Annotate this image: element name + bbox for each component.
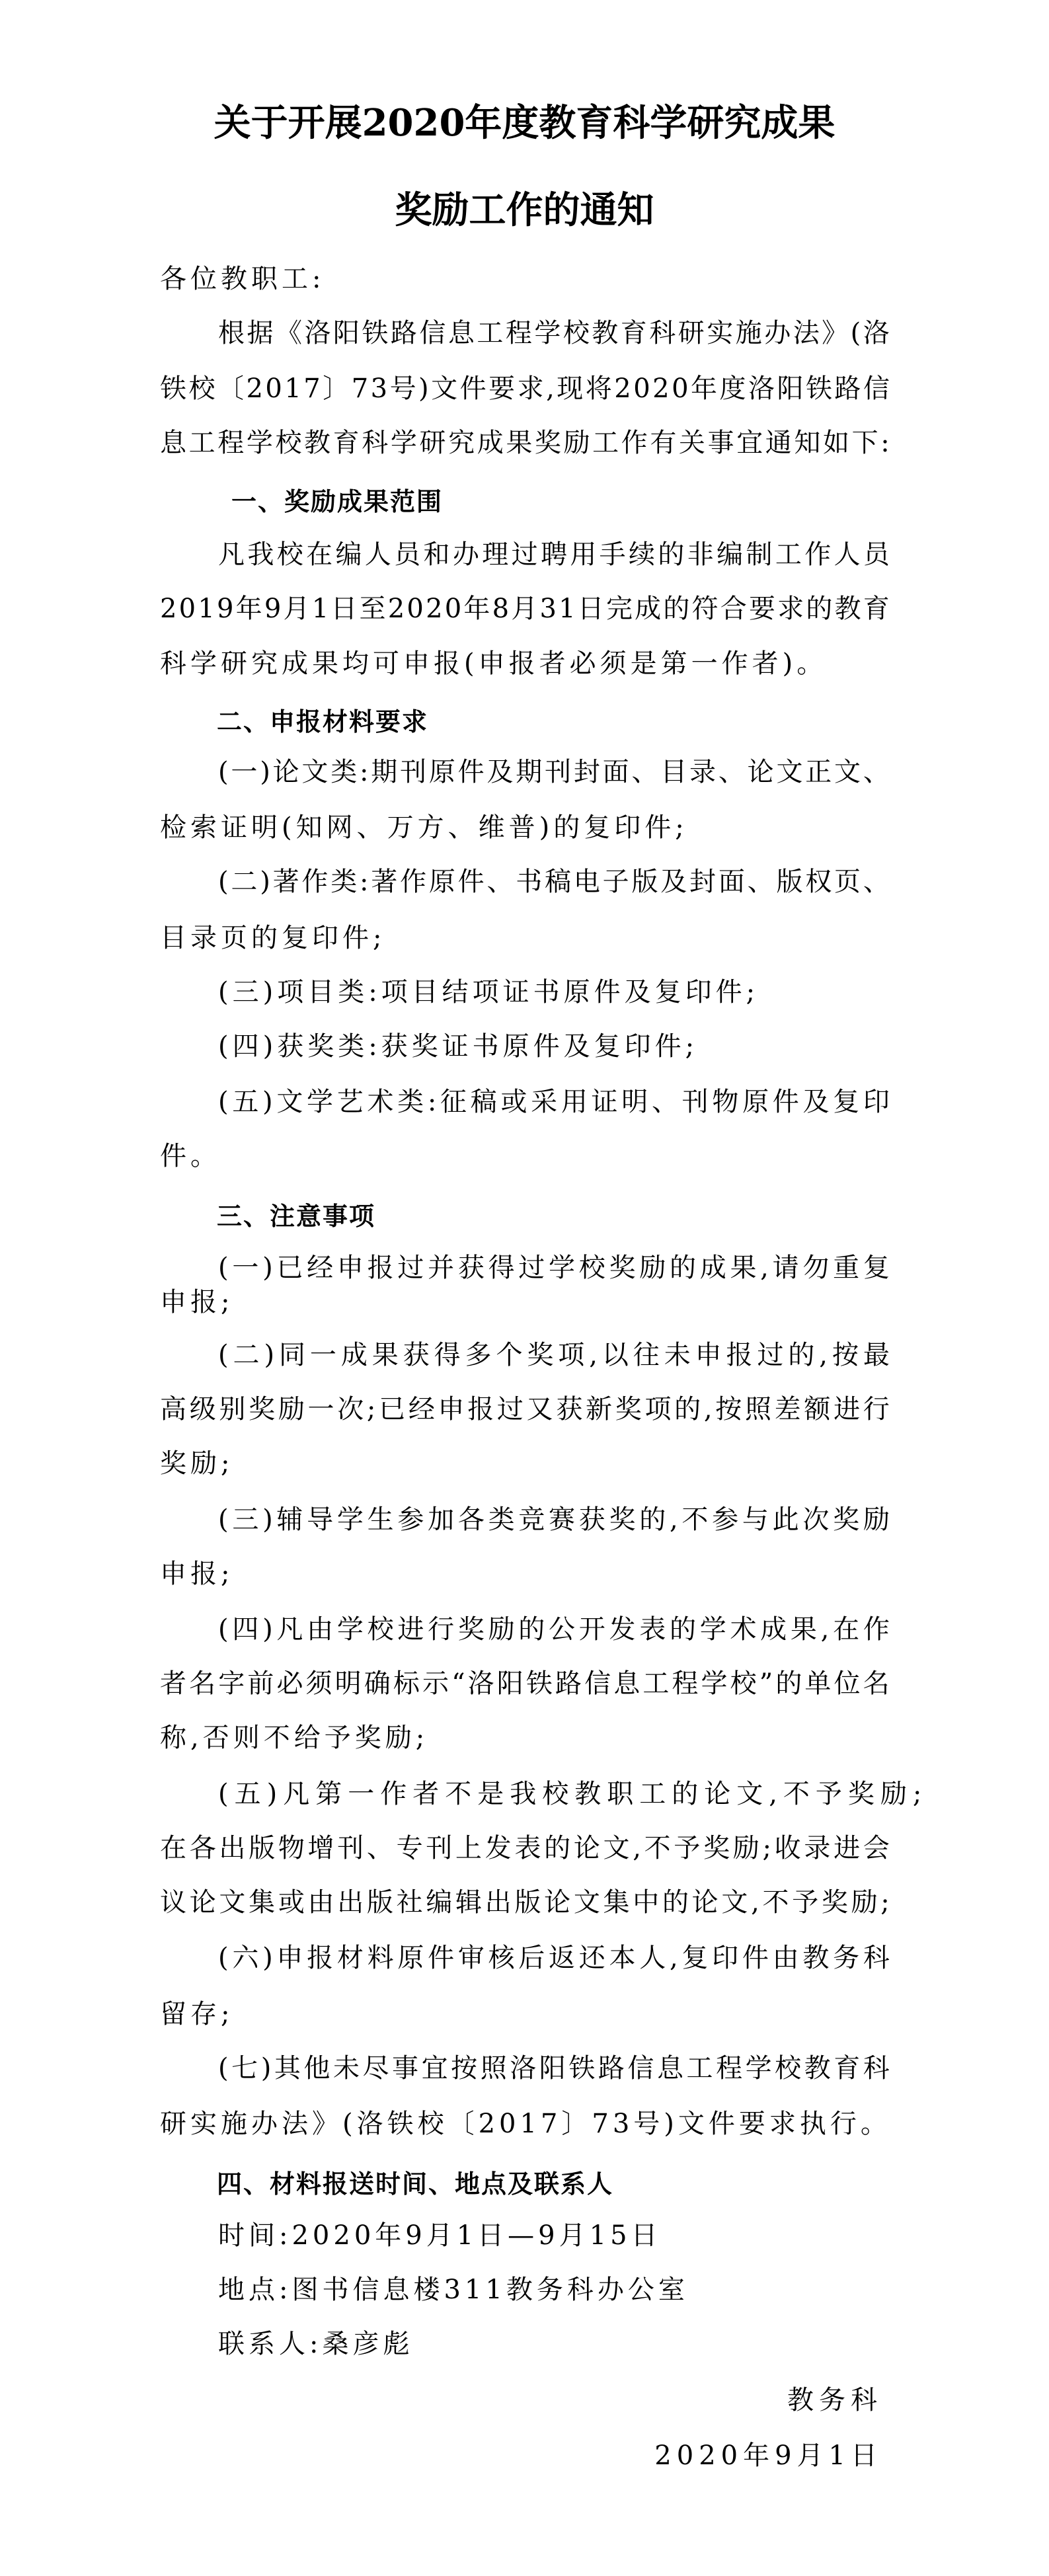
section-2-line: (一)论文类:期刊原件及期刊封面、目录、论文正文、 <box>218 756 890 788</box>
section-1-line: 2019年9月1日至2020年8月31日完成的符合要求的教育 <box>160 593 890 625</box>
section-3-line: 申报; <box>160 1558 233 1590</box>
section-2-line: (五)文学艺术类:征稿或采用证明、刊物原件及复印 <box>218 1086 890 1118</box>
section-heading-2: 二、申报材料要求 <box>217 706 428 738</box>
section-3-line: (七)其他未尽事宜按照洛阳铁路信息工程学校教育科 <box>218 2052 890 2084</box>
document-title-line-1: 关于开展2020年度教育科学研究成果 <box>0 102 1049 144</box>
section-1-line: 科学研究成果均可申报(申报者必须是第一作者)。 <box>160 648 827 680</box>
submission-location: 地点:图书信息楼311教务科办公室 <box>218 2274 689 2306</box>
section-3-line: (二)同一成果获得多个奖项,以往未申报过的,按最 <box>218 1339 890 1371</box>
section-3-line: 研实施办法》(洛铁校〔2017〕73号)文件要求执行。 <box>160 2108 891 2140</box>
section-3-line: 高级别奖励一次;已经申报过又获新奖项的,按照差额进行 <box>160 1393 890 1425</box>
section-3-line: 议论文集或由出版社编辑出版论文集中的论文,不予奖励; <box>160 1887 890 1918</box>
section-3-line: (四)凡由学校进行奖励的公开发表的学术成果,在作 <box>218 1614 890 1645</box>
intro-line: 息工程学校教育科学研究成果奖励工作有关事宜通知如下: <box>160 427 890 459</box>
signature-department: 教务科 <box>787 2384 882 2416</box>
document-title-line-2: 奖励工作的通知 <box>0 189 1049 231</box>
signature-date: 2020年9月1日 <box>654 2440 882 2472</box>
notice-document: 关于开展2020年度教育科学研究成果 奖励工作的通知 各位教职工: 根据《洛阳铁… <box>0 0 1049 2576</box>
section-heading-4: 四、材料报送时间、地点及联系人 <box>217 2168 613 2200</box>
section-3-line: 奖励; <box>160 1448 233 1479</box>
section-3-line: (六)申报材料原件审核后返还本人,复印件由教务科 <box>218 1942 890 1974</box>
section-3-line: 称,否则不给予奖励; <box>160 1722 428 1754</box>
section-3-line: 在各出版物增刊、专刊上发表的论文,不予奖励;收录进会 <box>160 1832 890 1864</box>
section-2-line: (四)获奖类:获奖证书原件及复印件; <box>218 1031 698 1062</box>
submission-time: 时间:2020年9月1日—9月15日 <box>218 2220 662 2251</box>
section-2-line: 检索证明(知网、万方、维普)的复印件; <box>160 812 688 843</box>
contact-person: 联系人:桑彦彪 <box>218 2328 413 2360</box>
section-1-line: 凡我校在编人员和办理过聘用手续的非编制工作人员 <box>218 539 890 570</box>
section-3-line: (一)已经申报过并获得过学校奖励的成果,请勿重复 <box>218 1252 890 1284</box>
salutation: 各位教职工: <box>160 263 325 295</box>
section-3-line: (三)辅导学生参加各类竞赛获奖的,不参与此次奖励 <box>218 1504 890 1536</box>
section-2-line: 件。 <box>160 1140 221 1172</box>
section-heading-3: 三、注意事项 <box>217 1200 375 1232</box>
section-heading-1: 一、奖励成果范围 <box>231 486 443 518</box>
intro-line: 根据《洛阳铁路信息工程学校教育科研实施办法》(洛 <box>218 317 890 349</box>
section-3-line: 者名字前必须明确标示“洛阳铁路信息工程学校”的单位名 <box>160 1668 890 1699</box>
section-2-line: (三)项目类:项目结项证书原件及复印件; <box>218 976 759 1008</box>
section-3-line: 申报; <box>160 1286 233 1318</box>
intro-line: 铁校〔2017〕73号)文件要求,现将2020年度洛阳铁路信 <box>160 373 890 405</box>
section-2-line: (二)著作类:著作原件、书稿电子版及封面、版权页、 <box>218 866 890 898</box>
section-3-line: (五)凡第一作者不是我校教职工的论文,不予奖励; <box>218 1778 927 1810</box>
section-2-line: 目录页的复印件; <box>160 922 385 954</box>
section-3-line: 留存; <box>160 1998 233 2030</box>
